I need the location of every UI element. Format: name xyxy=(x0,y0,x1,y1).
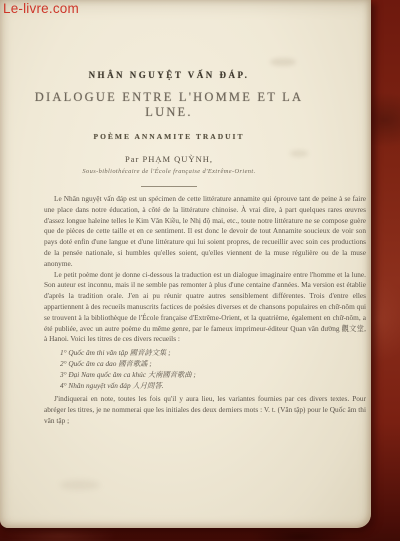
recueils-list: 1° Quốc âm thi văn tập 國音詩文集 ; 2° Quốc â… xyxy=(60,348,366,391)
title-french: DIALOGUE ENTRE L'HOMME ET LA LUNE. xyxy=(28,90,310,120)
heading-divider-rule xyxy=(141,186,197,187)
author-byline: Par PHẠM QUỲNH, xyxy=(28,154,310,164)
scan-smudge xyxy=(60,480,100,490)
scan-smudge xyxy=(270,58,296,66)
list-item: 4° Nhân nguyệt vấn đáp 人月問答. xyxy=(60,381,366,392)
subtitle-poeme-annamite: POÈME ANNAMITE TRADUIT xyxy=(28,132,310,141)
title-vietnamese: NHÂN NGUYỆT VẤN ĐÁP. xyxy=(28,70,310,80)
article-body: Le Nhân nguyệt vấn đáp est un spécimen d… xyxy=(44,194,366,427)
list-item: 3° Đại Nam quốc âm ca khúc 大南國音歌曲 ; xyxy=(60,370,366,381)
author-affiliation: Sous-bibliothécaire de l'École française… xyxy=(28,168,310,175)
list-item: 2° Quốc âm ca dao 國音歌謠 ; xyxy=(60,359,366,370)
list-item: 1° Quốc âm thi văn tập 國音詩文集 ; xyxy=(60,348,366,359)
watermark-le-livre: Le-livre.com xyxy=(3,1,79,16)
article-heading: NHÂN NGUYỆT VẤN ĐÁP. DIALOGUE ENTRE L'HO… xyxy=(28,70,310,187)
body-paragraph-2: Le petit poème dont je donne ci-dessous … xyxy=(44,270,366,346)
scanned-page: NHÂN NGUYỆT VẤN ĐÁP. DIALOGUE ENTRE L'HO… xyxy=(0,0,371,528)
body-paragraph-1: Le Nhân nguyệt vấn đáp est un spécimen d… xyxy=(44,194,366,270)
body-paragraph-3: J'indiquerai en note, toutes les fois qu… xyxy=(44,394,366,426)
